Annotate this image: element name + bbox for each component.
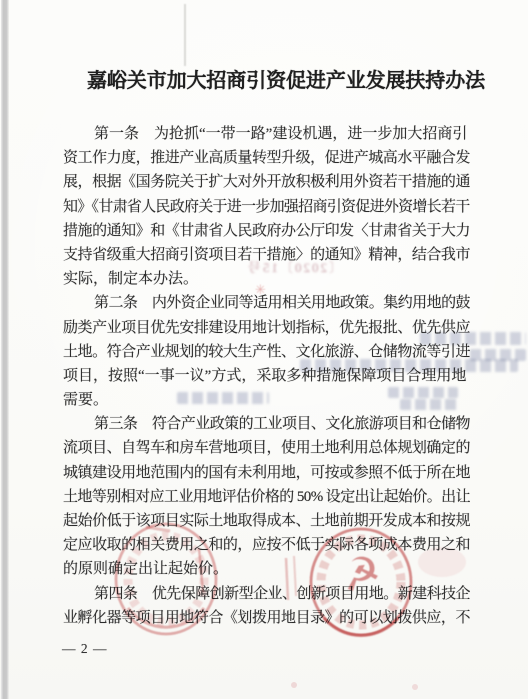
text-line: 的原则确定出让起始价。: [63, 557, 470, 581]
text-line: 知》《甘肃省人民政府关于进一步加强招商引资促进外资增长若干: [63, 195, 470, 219]
text-line: 定应收取的相关费用之和的，应按不低于实际各项成本费用之和: [63, 533, 470, 557]
scan-edge-shadow: [1, 0, 9, 699]
page-number: — 2 —: [62, 641, 132, 661]
text-line: 第四条 优先保障创新型企业、创新项目用地。新建科技企: [63, 582, 470, 606]
text-line: 励类产业项目优先安排建设用地计划指标，优先报批、优先供应: [63, 316, 470, 340]
text-line: 实际，制定本办法。: [63, 267, 470, 291]
paragraph: 第一条 为抢抓“一带一路”建设机遇，进一步加大招商引资工作力度，推进产业高质量转…: [63, 122, 470, 291]
text-line: 资工作力度，推进产业高质量转型升级，促进产城高水平融合发: [63, 146, 470, 170]
text-line: 土地等别相对应工业用地评估价格的 50% 设定出让起始价。出让: [63, 485, 470, 509]
text-line: 展，根据《国务院关于扩大对外开放积极利用外资若干措施的通: [63, 170, 470, 194]
text-line: 业孵化器等项目用地符合《划拨用地目录》的可以划拨供应，不: [63, 606, 470, 630]
text-line: 土地。符合产业规划的较大生产性、文化旅游、仓储物流等引进: [63, 340, 470, 364]
text-line: 需要。: [63, 388, 470, 412]
text-line: 第二条 内外资企业同等适用相关用地政策。集约用地的鼓: [63, 291, 470, 315]
document-title: 嘉峪关市加大招商引资促进产业发展扶持办法: [83, 66, 489, 96]
text-line: 起始价低于该项目实际土地取得成本、土地前期开发成本和按规: [63, 509, 470, 533]
text-line: 第三条 符合产业政策的工业项目、文化旅游项目和仓储物: [63, 412, 470, 436]
document-body: 第一条 为抢抓“一带一路”建设机遇，进一步加大招商引资工作力度，推进产业高质量转…: [63, 122, 470, 630]
text-line: 措施的通知》和《甘肃省人民政府办公厅印发〈甘肃省关于大力: [63, 219, 470, 243]
paragraph: 第三条 符合产业政策的工业项目、文化旅游项目和仓储物流项目、自驾车和房车营地项目…: [63, 412, 470, 581]
paragraph: 第二条 内外资企业同等适用相关用地政策。集约用地的鼓励类产业项目优先安排建设用地…: [63, 291, 470, 412]
text-line: 项目，按照“一事一议”方式，采取多种措施保障项目合理用地: [63, 364, 470, 388]
text-line: 支持省级重大招商引资项目若干措施〉的通知》精神，结合我市: [63, 243, 470, 267]
paragraph: 第四条 优先保障创新型企业、创新项目用地。新建科技企业孵化器等项目用地符合《划拨…: [63, 582, 470, 630]
text-line: 第一条 为抢抓“一带一路”建设机遇，进一步加大招商引: [63, 122, 470, 146]
text-line: 城镇建设用地范围内的国有未利用地，可按或参照不低于所在地: [63, 461, 470, 485]
text-line: 流项目、自驾车和房车营地项目，使用土地利用总体规划确定的: [63, 436, 470, 460]
scan-crease-line: [184, 4, 186, 66]
